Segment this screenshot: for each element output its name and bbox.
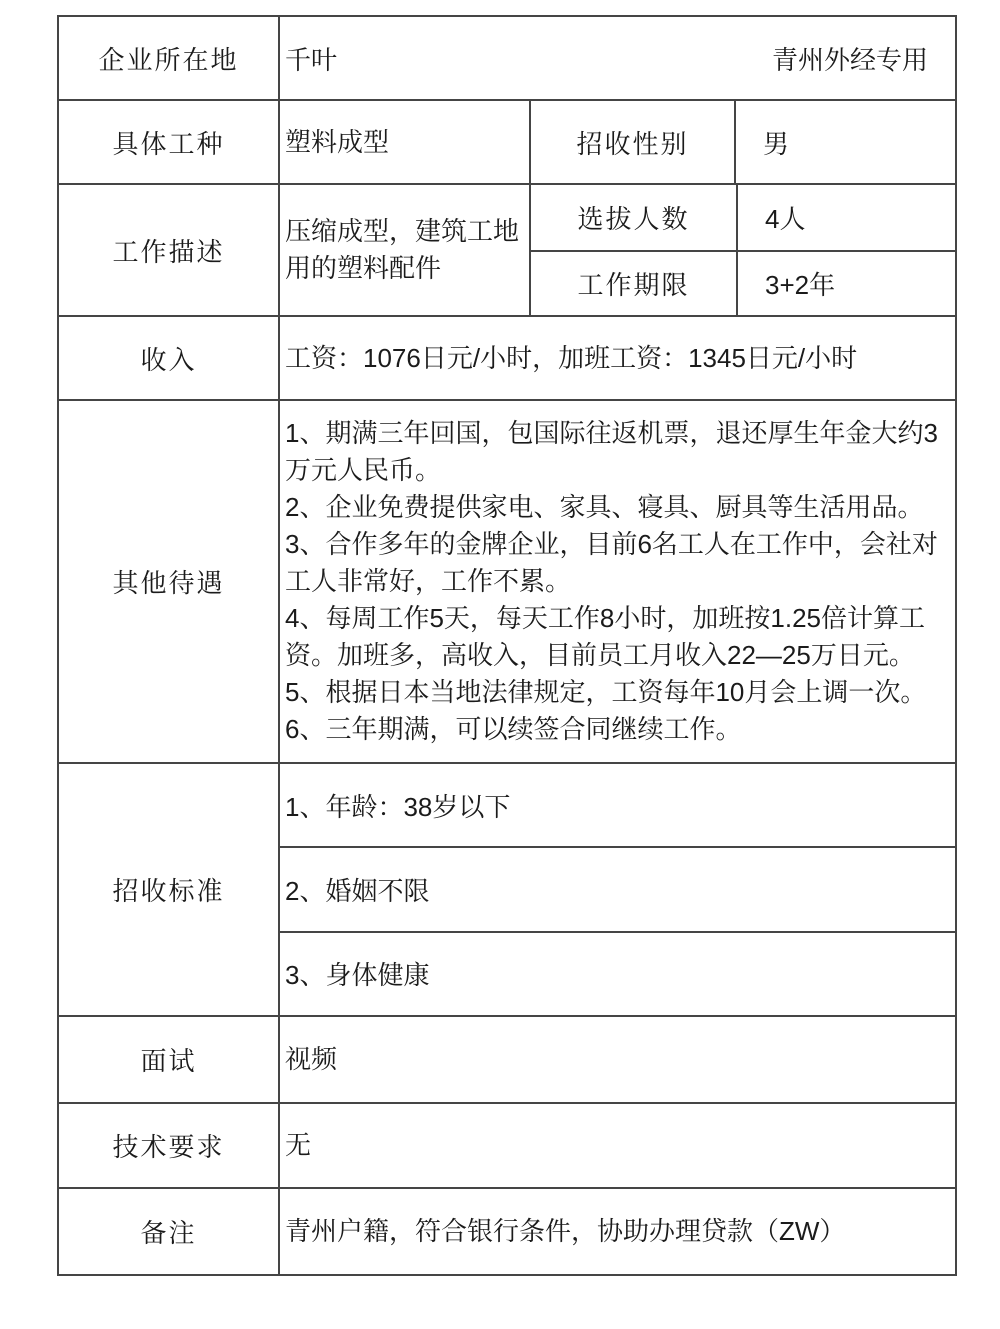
benefit-item: 2、企业免费提供家电、家具、寝具、厨具等生活用品。 — [285, 489, 953, 526]
criteria-item: 2、婚姻不限 — [280, 846, 955, 930]
row-company-location: 企业所在地 千叶 青州外经专用 — [59, 17, 955, 99]
skill-label: 技术要求 — [59, 1104, 278, 1187]
benefits-label: 其他待遇 — [59, 401, 278, 762]
criteria-list: 1、年龄：38岁以下 2、婚姻不限 3、身体健康 — [278, 764, 955, 1015]
income-value: 工资：1076日元/小时，加班工资：1345日元/小时 — [278, 317, 955, 399]
income-label: 收入 — [59, 317, 278, 399]
headcount-value: 4人 — [736, 185, 955, 250]
location-value-cell: 千叶 青州外经专用 — [278, 17, 955, 99]
term-subrow: 工作期限 3+2年 — [531, 250, 955, 315]
benefit-item: 6、三年期满，可以续签合同继续工作。 — [285, 711, 953, 748]
benefits-list: 1、期满三年回国，包国际往返机票，退还厚生年金大约3万元人民币。 2、企业免费提… — [278, 401, 955, 762]
row-job-type: 具体工种 塑料成型 招收性别 男 — [59, 99, 955, 183]
remarks-value: 青州户籍，符合银行条件，协助办理贷款（ZW） — [278, 1189, 955, 1274]
headcount-subrow: 选拔人数 4人 — [531, 185, 955, 250]
gender-label: 招收性别 — [529, 101, 734, 183]
remarks-label: 备注 — [59, 1189, 278, 1274]
criteria-item: 1、年龄：38岁以下 — [280, 764, 955, 846]
location-label: 企业所在地 — [59, 17, 278, 99]
benefit-item: 4、每周工作5天，每天工作8小时，加班按1.25倍计算工资。加班多，高收入，目前… — [285, 600, 953, 674]
term-value: 3+2年 — [736, 252, 955, 315]
headcount-label: 选拔人数 — [531, 185, 736, 250]
benefit-item: 5、根据日本当地法律规定，工资每年10月会上调一次。 — [285, 674, 953, 711]
criteria-label: 招收标准 — [59, 764, 278, 1015]
benefit-item: 3、合作多年的金牌企业，目前6名工人在工作中，会社对工人非常好，工作不累。 — [285, 526, 953, 600]
row-remarks: 备注 青州户籍，符合银行条件，协助办理贷款（ZW） — [59, 1187, 955, 1274]
job-description-label: 工作描述 — [59, 185, 278, 315]
term-label: 工作期限 — [531, 252, 736, 315]
row-income: 收入 工资：1076日元/小时，加班工资：1345日元/小时 — [59, 315, 955, 399]
row-job-description: 工作描述 压缩成型，建筑工地用的塑料配件 选拔人数 4人 工作期限 3+2年 — [59, 183, 955, 315]
interview-value: 视频 — [278, 1017, 955, 1102]
job-posting-table: 企业所在地 千叶 青州外经专用 具体工种 塑料成型 招收性别 男 工作描述 压缩… — [57, 15, 957, 1276]
benefit-item: 1、期满三年回国，包国际往返机票，退还厚生年金大约3万元人民币。 — [285, 415, 953, 489]
job-type-label: 具体工种 — [59, 101, 278, 183]
skill-value: 无 — [278, 1104, 955, 1187]
job-type-value: 塑料成型 — [278, 101, 529, 183]
row-interview: 面试 视频 — [59, 1015, 955, 1102]
criteria-item: 3、身体健康 — [280, 931, 955, 1015]
interview-label: 面试 — [59, 1017, 278, 1102]
job-description-value: 压缩成型，建筑工地用的塑料配件 — [278, 185, 529, 315]
row-skill-requirement: 技术要求 无 — [59, 1102, 955, 1187]
headcount-term-stack: 选拔人数 4人 工作期限 3+2年 — [529, 185, 955, 315]
location-value: 千叶 — [285, 40, 337, 77]
gender-value: 男 — [734, 101, 955, 183]
document-page: 企业所在地 千叶 青州外经专用 具体工种 塑料成型 招收性别 男 工作描述 压缩… — [0, 0, 1000, 1329]
location-stamp: 青州外经专用 — [772, 40, 928, 77]
row-criteria: 招收标准 1、年龄：38岁以下 2、婚姻不限 3、身体健康 — [59, 762, 955, 1015]
row-benefits: 其他待遇 1、期满三年回国，包国际往返机票，退还厚生年金大约3万元人民币。 2、… — [59, 399, 955, 762]
